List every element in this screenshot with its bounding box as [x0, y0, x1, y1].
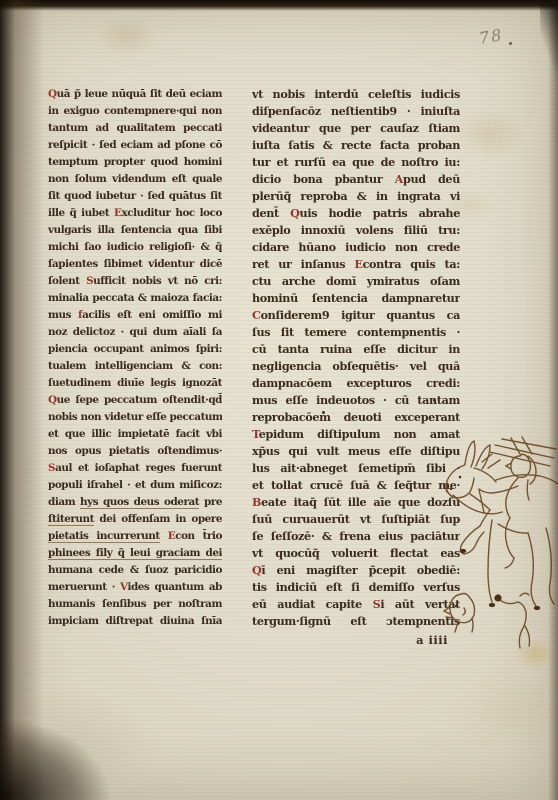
text-line: diam hys quos deus oderat pre [48, 494, 222, 511]
text-line: nos opus pietatis oſtendimus· [48, 443, 222, 460]
text-line: videantur que per cauſaz ſtiam [252, 120, 460, 137]
text-line: reſpicit · ſed eciam ad pſone cō [48, 137, 222, 154]
text-line: Quā p̃ leue nūquā ſit deū eciam [48, 86, 222, 103]
text-column-right: vt nobis interdū celeſtis iudicisdiſpenſ… [252, 86, 460, 630]
text-line: vt quocūq̃ voluerit flectat eas [252, 545, 460, 562]
text-line: humanis ſenſibus per noſtram [48, 596, 222, 613]
text-line: Conſiderem9 igitur quantus ca [252, 307, 460, 324]
sketch-small-figure-arm [500, 600, 518, 604]
text-line: cidare hūano iudicio non crede [252, 239, 460, 256]
text-line: negligencia obſequētis· vel quā [252, 358, 460, 375]
sketch-donkey-eye [459, 476, 462, 479]
text-line: cū tanta ruina eſſe dicitur in [252, 341, 460, 358]
text-line: plerūq̃ reproba & in ingrata vi [252, 188, 460, 205]
text-line: Tepidum diſtipulum non amat [252, 426, 460, 443]
text-line: ille q̃ iubet Excluditur hoc loco [48, 205, 222, 222]
text-line: mus eſſe indeuotos · cū tantam [252, 392, 460, 409]
sketch-rider-leg [506, 518, 515, 558]
text-line: ctu arche domī ymiratus oſam [252, 273, 460, 290]
text-line: Beate itaq̃ ſūt ille aīe que dozſū [252, 494, 460, 511]
text-line: tantum ad qualitatem peccati [48, 120, 222, 137]
text-line: Que ſepe peccatum oſtendit·qd̄ [48, 392, 222, 409]
text-line: ſolent Sufficit nobis vt nō cri: [48, 273, 222, 290]
text-line: hominū ſentencia dampnaretur [252, 290, 460, 307]
sketch-rider-head [511, 454, 531, 477]
interlinear-ink-dot [322, 411, 325, 414]
text-line: Saul et ioſaphat reges fuerunt [48, 460, 222, 477]
sketch-hoof [460, 549, 466, 553]
text-line: minalia peccata & maioza facia: [48, 290, 222, 307]
text-line: humana cede & ſuoz paricidio [48, 562, 222, 579]
text-line: Qī eni magiſter p̃cepit obediē: [252, 562, 460, 579]
text-line: noz delictoz · qui dum aīali ſa [48, 324, 222, 341]
text-line: xp̃us qui vult meus eſſe diſtipu [252, 443, 460, 460]
text-line: dampnacōem excepturos credi: [252, 375, 460, 392]
text-line: ſuū curuauerūt vt ſuſtipiāt ſup [252, 511, 460, 528]
text-line: nobis non videtur eſſe peccatum [48, 409, 222, 426]
text-line: tualem intelligenciam & con: [48, 358, 222, 375]
folio-number: 78 [478, 25, 505, 48]
sketch-rider-arm [479, 486, 518, 493]
text-line: tur et rurſū ea que de noſtro iu: [252, 154, 460, 171]
sketch-rider-torso [506, 478, 518, 518]
text-line: michi ſao iudicio religioſi· & q̃ [48, 239, 222, 256]
text-line: et tollat crucē ſuā & ſeq̃tur me· [252, 477, 460, 494]
text-line: non ſolum videndum eſt quale [48, 171, 222, 188]
text-line: ſapientes ſibimet videntur dicē [48, 256, 222, 273]
sketch-profile-eye [455, 605, 457, 607]
text-line: ſit quod iubetur · ſed quātus ſit [48, 188, 222, 205]
text-line: tergum·ſignū eſt ɔtempnentis [252, 613, 460, 630]
text-line: lus ait·abneget ſemetipm̄ ſibi · [252, 460, 460, 477]
margin-sketch-rider-on-donkey [432, 436, 558, 650]
text-line: piencia occupant animos ſpiri: [48, 341, 222, 358]
text-line: impiciam diſtrepat diuina ſnīa [48, 613, 222, 630]
ink-speck [509, 42, 512, 45]
text-line: ſus ſit temere contempnentis · [252, 324, 460, 341]
text-line: vulgaris illa ſentencia qua ſibi [48, 222, 222, 239]
margin-ink-dot [433, 399, 436, 402]
text-line: meruerunt · Vides quantum ab [48, 579, 222, 596]
text-line: populi iſrahel · et dum miſicoz: [48, 477, 222, 494]
text-line: ſuetudinem diuīe legis ignozāt [48, 375, 222, 392]
sketch-donkey-ear [465, 441, 475, 467]
manuscript-photo: 78 Quā p̃ leue nūquā ſit deū eciamin exi… [0, 0, 558, 800]
text-line: eū audiat capite Si aūt vertat [252, 596, 460, 613]
text-line: diſpenſacōz neſtientib9 · iniuſta [252, 103, 460, 120]
text-line: tis indiciū eſt ſi demiſſo verſus [252, 579, 460, 596]
text-line: iuſta ſatis & recte facta proban [252, 137, 460, 154]
text-line: vt nobis interdū celeſtis iudicis [252, 86, 460, 103]
text-line: exēplo innoxiū volens filiū tru: [252, 222, 460, 239]
text-line: mus facilis eſt eni omiſſio mi [48, 307, 222, 324]
text-line: in exiguo contempnere·qui non [48, 103, 222, 120]
sketch-donkey-head [446, 465, 474, 498]
text-line: pietatis incurrerunt Econ t̄rio [48, 528, 222, 545]
sketch-fist-blob [494, 594, 501, 601]
text-line: reprobacōem deuoti exceperant [252, 409, 460, 426]
text-line: temptum propter quod homini [48, 154, 222, 171]
text-line: dent̄ Quis hodie patris abrahe [252, 205, 460, 222]
text-line: ſe ſeſſozē· & frena eius paciātur [252, 528, 460, 545]
text-line: phinees fily q̃ leui graciam dei [48, 545, 222, 562]
text-line: ret ur inſanus Econtra quis ta: [252, 256, 460, 273]
text-line: et que illic impietatē facit vbi [48, 426, 222, 443]
text-line: dicio bona pbantur Apud deū [252, 171, 460, 188]
text-column-left: Quā p̃ leue nūquā ſit deū eciamin exiguo… [48, 86, 222, 630]
text-line: ſtiterunt dei offenſam in opere [48, 511, 222, 528]
signature-mark: a iiii [252, 633, 448, 647]
